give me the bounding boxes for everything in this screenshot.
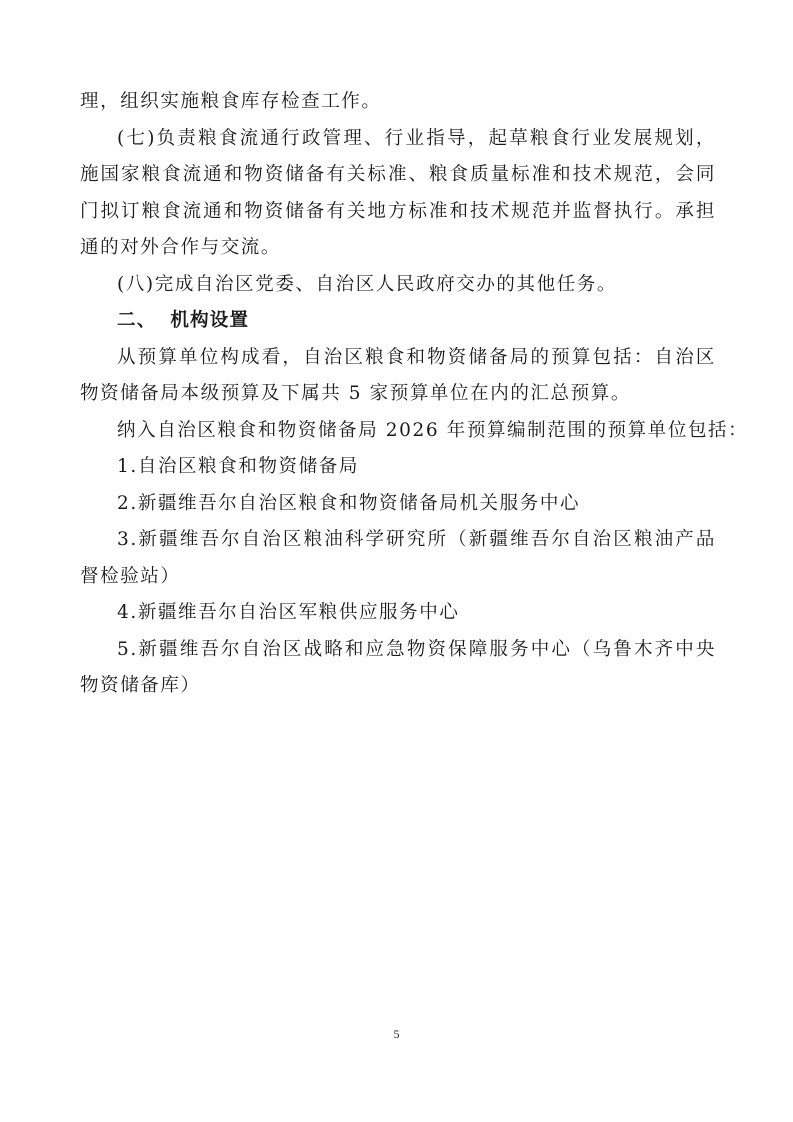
- list-item: 5.新疆维吾尔自治区战略和应急物资保障服务中心（乌鲁木齐中央级救灾: [80, 632, 716, 669]
- paragraph-line: 物资储备局本级预算及下属共 5 家预算单位在内的汇总预算。: [80, 376, 716, 413]
- paragraph-line: 从预算单位构成看，自治区粮食和物资储备局的预算包括：自治区粮食和: [80, 340, 716, 377]
- list-item: 2.新疆维吾尔自治区粮食和物资储备局机关服务中心: [80, 486, 716, 523]
- paragraph-line: 纳入自治区粮食和物资储备局 2026 年预算编制范围的预算单位包括：: [80, 413, 716, 450]
- paragraph-line: (七)负责粮食流通行政管理、行业指导，起草粮食行业发展规划，组织实: [80, 121, 716, 158]
- document-page: 理，组织实施粮食库存检查工作。 (七)负责粮食流通行政管理、行业指导，起草粮食行…: [80, 84, 716, 705]
- section-number: 二、: [117, 310, 156, 331]
- paragraph-line: 通的对外合作与交流。: [80, 230, 716, 267]
- list-item: 1.自治区粮食和物资储备局: [80, 449, 716, 486]
- paragraph-line: 门拟订粮食流通和物资储备有关地方标准和技术规范并监督执行。承担粮食流: [80, 194, 716, 231]
- paragraph-line: 施国家粮食流通和物资储备有关标准、粮食质量标准和技术规范，会同有关部: [80, 157, 716, 194]
- section-title: 机构设置: [170, 310, 249, 331]
- paragraph-line: 理，组织实施粮食库存检查工作。: [80, 84, 716, 121]
- page-number: 5: [0, 1027, 793, 1042]
- list-item: 3.新疆维吾尔自治区粮油科学研究所（新疆维吾尔自治区粮油产品质量监: [80, 522, 716, 559]
- list-item-continuation: 物资储备库）: [80, 668, 716, 705]
- section-heading: 二、机构设置: [80, 303, 716, 340]
- list-item-continuation: 督检验站）: [80, 559, 716, 596]
- paragraph-line: (八)完成自治区党委、自治区人民政府交办的其他任务。: [80, 267, 716, 304]
- list-item: 4.新疆维吾尔自治区军粮供应服务中心: [80, 595, 716, 632]
